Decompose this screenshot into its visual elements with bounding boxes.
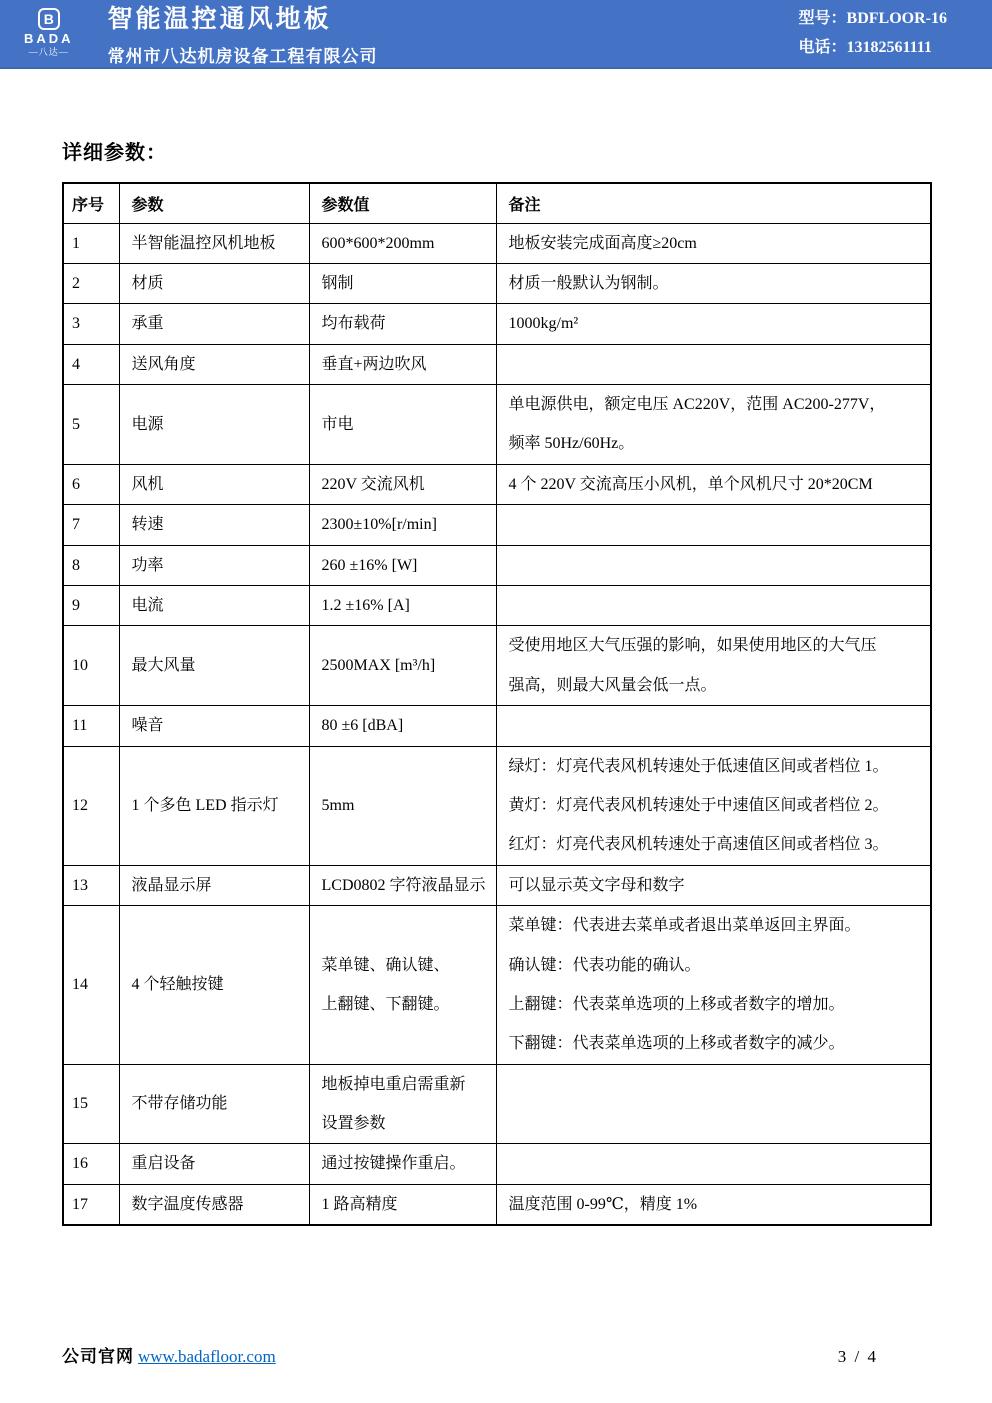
cell-text: 2500MAX [m³/h]	[322, 646, 490, 685]
cell-text: 6	[72, 465, 113, 504]
param-cell: 电流	[119, 586, 309, 626]
spec-table: 序号参数参数值备注 1半智能温控风机地板600*600*200mm地板安装完成面…	[62, 182, 932, 1226]
table-row: 9电流1.2 ±16% [A]	[63, 586, 931, 626]
value-cell: 地板掉电重启需重新设置参数	[309, 1064, 496, 1144]
cell-text: 噪音	[132, 706, 303, 745]
remark-cell: 材质一般默认为钢制。	[496, 263, 931, 303]
row-number-cell: 3	[63, 304, 119, 344]
table-header-row: 序号参数参数值备注	[63, 183, 931, 223]
cell-text: 上翻键：代表菜单选项的上移或者数字的增加。	[509, 985, 925, 1024]
page-header: B BADA —八达— 智能温控通风地板 常州市八达机房设备工程有限公司 型号：…	[0, 0, 992, 69]
remark-cell	[496, 586, 931, 626]
row-number-cell: 13	[63, 865, 119, 905]
cell-text: 液晶显示屏	[132, 866, 303, 905]
section-title: 详细参数：	[62, 136, 167, 165]
logo-brand-text: BADA	[24, 32, 74, 45]
cell-text: 黄灯：灯亮代表风机转速处于中速值区间或者档位 2。	[509, 786, 925, 825]
cell-text: 260 ±16% [W]	[322, 546, 490, 585]
bada-logo-icon: B	[38, 8, 60, 30]
cell-text: 2	[72, 264, 113, 303]
cell-text: 17	[72, 1185, 113, 1224]
cell-text: 半智能温控风机地板	[132, 224, 303, 263]
cell-text: 11	[72, 706, 113, 745]
value-cell: 2300±10%[r/min]	[309, 505, 496, 545]
cell-text: 220V 交流风机	[322, 465, 490, 504]
cell-text: 确认键：代表功能的确认。	[509, 946, 925, 985]
param-cell: 功率	[119, 545, 309, 585]
cell-text: 菜单键：代表进去菜单或者退出菜单返回主界面。	[509, 906, 925, 945]
cell-text: 市电	[322, 405, 490, 444]
company-logo: B BADA —八达—	[24, 8, 74, 57]
model-number: 型号：BDFLOOR-16	[799, 4, 947, 33]
cell-text: 重启设备	[132, 1144, 303, 1183]
cell-text: 材质一般默认为钢制。	[509, 264, 925, 303]
cell-text: 可以显示英文字母和数字	[509, 866, 925, 905]
cell-text: 上翻键、下翻键。	[322, 985, 490, 1024]
cell-text: 电源	[132, 405, 303, 444]
cell-text: 9	[72, 586, 113, 625]
row-number-cell: 4	[63, 344, 119, 384]
logo-chinese-text: —八达—	[24, 48, 74, 57]
cell-text: 1000kg/m²	[509, 304, 925, 343]
table-row: 8功率260 ±16% [W]	[63, 545, 931, 585]
cell-text: 单电源供电，额定电压 AC220V，范围 AC200-277V，	[509, 385, 925, 424]
cell-text: 13	[72, 866, 113, 905]
param-cell: 半智能温控风机地板	[119, 223, 309, 263]
remark-cell: 1000kg/m²	[496, 304, 931, 344]
company-name: 常州市八达机房设备工程有限公司	[108, 42, 378, 67]
param-cell: 承重	[119, 304, 309, 344]
param-cell: 1 个多色 LED 指示灯	[119, 746, 309, 865]
header-contact: 型号：BDFLOOR-16 电话：13182561111	[799, 4, 947, 62]
cell-text: 数字温度传感器	[132, 1185, 303, 1224]
param-cell: 噪音	[119, 706, 309, 746]
param-cell: 数字温度传感器	[119, 1184, 309, 1225]
value-cell: 垂直+两边吹风	[309, 344, 496, 384]
remark-cell: 地板安装完成面高度≥20cm	[496, 223, 931, 263]
row-number-cell: 8	[63, 545, 119, 585]
value-cell: 2500MAX [m³/h]	[309, 626, 496, 706]
cell-text: 5mm	[322, 786, 490, 825]
cell-text: 2300±10%[r/min]	[322, 505, 490, 544]
value-cell: 80 ±6 [dBA]	[309, 706, 496, 746]
table-row: 16重启设备通过按键操作重启。	[63, 1144, 931, 1184]
cell-text: 1	[72, 224, 113, 263]
remark-cell: 单电源供电，额定电压 AC220V，范围 AC200-277V，频率 50Hz/…	[496, 385, 931, 465]
table-row: 6风机220V 交流风机4 个 220V 交流高压小风机，单个风机尺寸 20*2…	[63, 464, 931, 504]
row-number-cell: 2	[63, 263, 119, 303]
cell-text: 均布载荷	[322, 304, 490, 343]
row-number-cell: 17	[63, 1184, 119, 1225]
column-header-3: 参数值	[309, 183, 496, 223]
row-number-cell: 9	[63, 586, 119, 626]
cell-text: 频率 50Hz/60Hz。	[509, 424, 925, 463]
cell-text: 1 路高精度	[322, 1185, 490, 1224]
value-cell: LCD0802 字符液晶显示	[309, 865, 496, 905]
table-row: 15不带存储功能地板掉电重启需重新设置参数	[63, 1064, 931, 1144]
page-number: 3 / 4	[838, 1347, 878, 1367]
cell-text: 下翻键：代表菜单选项的上移或者数字的减少。	[509, 1024, 925, 1063]
value-cell: 1 路高精度	[309, 1184, 496, 1225]
remark-cell: 可以显示英文字母和数字	[496, 865, 931, 905]
row-number-cell: 5	[63, 385, 119, 465]
product-title: 智能温控通风地板	[108, 0, 378, 35]
remark-cell	[496, 344, 931, 384]
row-number-cell: 6	[63, 464, 119, 504]
table-row: 4送风角度垂直+两边吹风	[63, 344, 931, 384]
param-cell: 液晶显示屏	[119, 865, 309, 905]
table-row: 11噪音80 ±6 [dBA]	[63, 706, 931, 746]
value-cell: 通过按键操作重启。	[309, 1144, 496, 1184]
param-cell: 材质	[119, 263, 309, 303]
remark-cell: 4 个 220V 交流高压小风机，单个风机尺寸 20*20CM	[496, 464, 931, 504]
column-header-1: 序号	[63, 183, 119, 223]
param-cell: 最大风量	[119, 626, 309, 706]
cell-text: 16	[72, 1144, 113, 1183]
remark-cell	[496, 1064, 931, 1144]
table-row: 2材质钢制材质一般默认为钢制。	[63, 263, 931, 303]
cell-text: 设置参数	[322, 1104, 490, 1143]
cell-text: 受使用地区大气压强的影响，如果使用地区的大气压	[509, 626, 925, 665]
remark-cell	[496, 505, 931, 545]
page-footer: 公司官网www.badafloor.com 3 / 4	[62, 1342, 878, 1367]
table-row: 1半智能温控风机地板600*600*200mm地板安装完成面高度≥20cm	[63, 223, 931, 263]
row-number-cell: 7	[63, 505, 119, 545]
remark-cell: 温度范围 0-99℃，精度 1%	[496, 1184, 931, 1225]
column-header-4: 备注	[496, 183, 931, 223]
cell-text: 不带存储功能	[132, 1084, 303, 1123]
remark-cell: 绿灯：灯亮代表风机转速处于低速值区间或者档位 1。黄灯：灯亮代表风机转速处于中速…	[496, 746, 931, 865]
cell-text: 强高，则最大风量会低一点。	[509, 666, 925, 705]
logo-letter: B	[44, 12, 54, 26]
table-row: 5电源市电单电源供电，额定电压 AC220V，范围 AC200-277V，频率 …	[63, 385, 931, 465]
cell-text: 7	[72, 505, 113, 544]
table-row: 10最大风量2500MAX [m³/h]受使用地区大气压强的影响，如果使用地区的…	[63, 626, 931, 706]
param-cell: 转速	[119, 505, 309, 545]
remark-cell: 菜单键：代表进去菜单或者退出菜单返回主界面。确认键：代表功能的确认。上翻键：代表…	[496, 906, 931, 1065]
cell-text: 电流	[132, 586, 303, 625]
cell-text: 风机	[132, 465, 303, 504]
param-cell: 重启设备	[119, 1144, 309, 1184]
row-number-cell: 15	[63, 1064, 119, 1144]
cell-text: 承重	[132, 304, 303, 343]
cell-text: 转速	[132, 505, 303, 544]
value-cell: 均布载荷	[309, 304, 496, 344]
remark-cell	[496, 545, 931, 585]
value-cell: 市电	[309, 385, 496, 465]
value-cell: 菜单键、确认键、上翻键、下翻键。	[309, 906, 496, 1065]
cell-text: 材质	[132, 264, 303, 303]
param-cell: 4 个轻触按键	[119, 906, 309, 1065]
cell-text: 5	[72, 405, 113, 444]
table-row: 13液晶显示屏LCD0802 字符液晶显示可以显示英文字母和数字	[63, 865, 931, 905]
remark-cell: 受使用地区大气压强的影响，如果使用地区的大气压强高，则最大风量会低一点。	[496, 626, 931, 706]
phone-number: 电话：13182561111	[799, 33, 947, 62]
param-cell: 送风角度	[119, 344, 309, 384]
cell-text: 垂直+两边吹风	[322, 345, 490, 384]
cell-text: 1.2 ±16% [A]	[322, 586, 490, 625]
cell-text: 功率	[132, 546, 303, 585]
row-number-cell: 12	[63, 746, 119, 865]
table-row: 3承重均布载荷1000kg/m²	[63, 304, 931, 344]
value-cell: 260 ±16% [W]	[309, 545, 496, 585]
cell-text: 绿灯：灯亮代表风机转速处于低速值区间或者档位 1。	[509, 747, 925, 786]
param-cell: 不带存储功能	[119, 1064, 309, 1144]
value-cell: 220V 交流风机	[309, 464, 496, 504]
value-cell: 1.2 ±16% [A]	[309, 586, 496, 626]
row-number-cell: 16	[63, 1144, 119, 1184]
table-row: 7转速2300±10%[r/min]	[63, 505, 931, 545]
website-link[interactable]: www.badafloor.com	[138, 1347, 276, 1366]
cell-text: 3	[72, 304, 113, 343]
row-number-cell: 14	[63, 906, 119, 1065]
row-number-cell: 1	[63, 223, 119, 263]
cell-text: 80 ±6 [dBA]	[322, 706, 490, 745]
row-number-cell: 11	[63, 706, 119, 746]
value-cell: 5mm	[309, 746, 496, 865]
cell-text: 钢制	[322, 264, 490, 303]
cell-text: 14	[72, 965, 113, 1004]
website-line: 公司官网www.badafloor.com	[62, 1342, 276, 1367]
cell-text: 地板安装完成面高度≥20cm	[509, 224, 925, 263]
cell-text: 红灯：灯亮代表风机转速处于高速值区间或者档位 3。	[509, 825, 925, 864]
header-titles: 智能温控通风地板 常州市八达机房设备工程有限公司	[108, 0, 378, 67]
website-label: 公司官网	[62, 1347, 134, 1366]
cell-text: 4 个轻触按键	[132, 965, 303, 1004]
cell-text: 最大风量	[132, 646, 303, 685]
cell-text: 温度范围 0-99℃，精度 1%	[509, 1185, 925, 1224]
cell-text: 地板掉电重启需重新	[322, 1065, 490, 1104]
cell-text: 600*600*200mm	[322, 224, 490, 263]
cell-text: 10	[72, 646, 113, 685]
remark-cell	[496, 706, 931, 746]
param-cell: 风机	[119, 464, 309, 504]
cell-text: 4 个 220V 交流高压小风机，单个风机尺寸 20*20CM	[509, 465, 925, 504]
value-cell: 600*600*200mm	[309, 223, 496, 263]
table-row: 121 个多色 LED 指示灯5mm绿灯：灯亮代表风机转速处于低速值区间或者档位…	[63, 746, 931, 865]
cell-text: 4	[72, 345, 113, 384]
cell-text: LCD0802 字符液晶显示	[322, 866, 490, 905]
cell-text: 菜单键、确认键、	[322, 946, 490, 985]
table-row: 17数字温度传感器1 路高精度温度范围 0-99℃，精度 1%	[63, 1184, 931, 1225]
cell-text: 送风角度	[132, 345, 303, 384]
cell-text: 8	[72, 546, 113, 585]
row-number-cell: 10	[63, 626, 119, 706]
column-header-2: 参数	[119, 183, 309, 223]
cell-text: 通过按键操作重启。	[322, 1144, 490, 1183]
value-cell: 钢制	[309, 263, 496, 303]
cell-text: 15	[72, 1084, 113, 1123]
cell-text: 12	[72, 786, 113, 825]
table-row: 144 个轻触按键菜单键、确认键、上翻键、下翻键。菜单键：代表进去菜单或者退出菜…	[63, 906, 931, 1065]
cell-text: 1 个多色 LED 指示灯	[132, 786, 303, 825]
param-cell: 电源	[119, 385, 309, 465]
remark-cell	[496, 1144, 931, 1184]
